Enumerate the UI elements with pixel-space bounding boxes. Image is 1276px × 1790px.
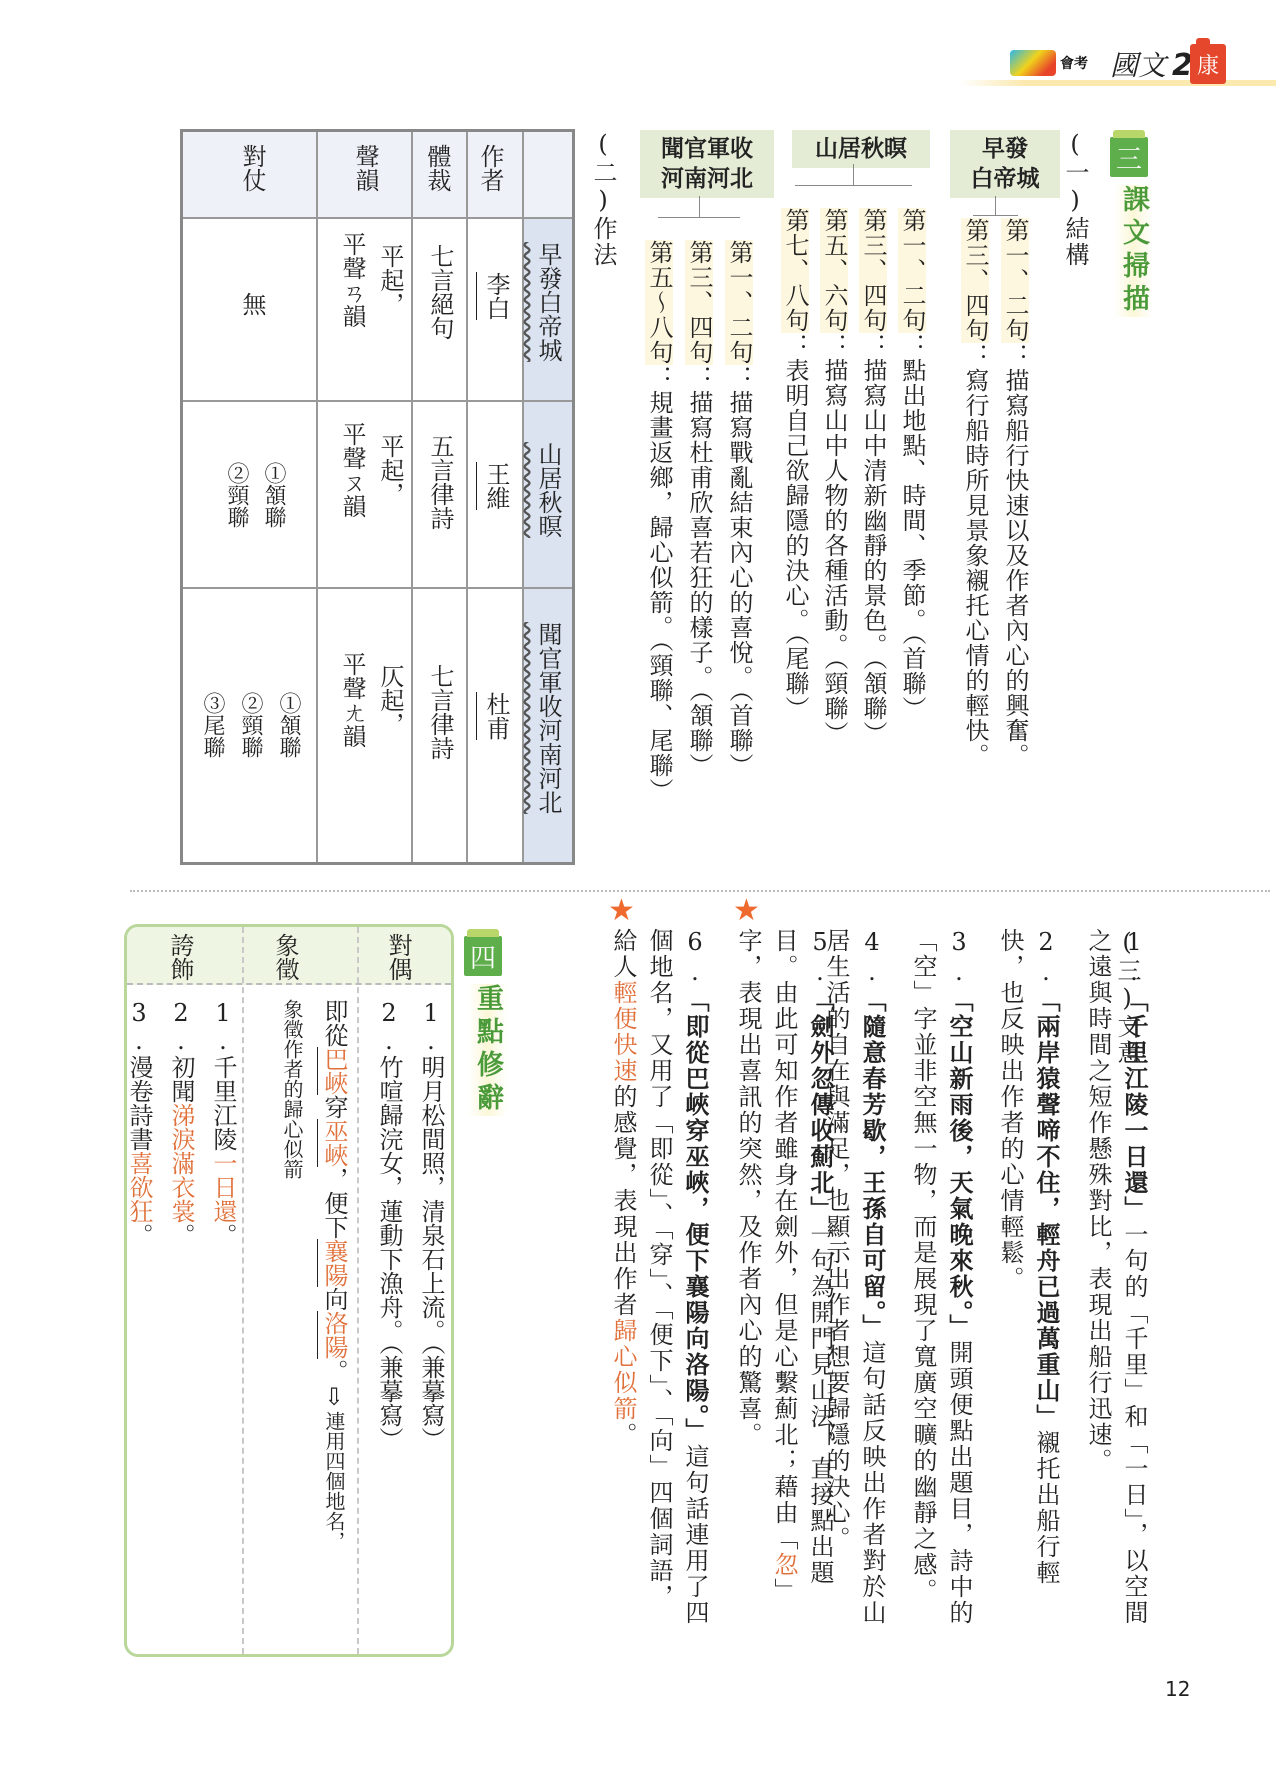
rhyme-start-cell: 平起，: [373, 244, 408, 316]
meaning-item-2: 2.「兩岸猿聲啼不住，輕舟已過萬重山」襯托出船行輕快，也反映出作者的心情輕鬆。: [992, 928, 1064, 1628]
tree-connector: [973, 215, 1018, 216]
line-text: ：描寫山中人物的各種活動。（頸聯）: [820, 333, 848, 746]
parallel-cell: ②頸聯: [221, 462, 252, 528]
header-parallelism: 對仗: [235, 144, 270, 192]
entry-text: 向: [320, 1287, 348, 1311]
structure-line: 第五～八句：規畫返鄉，歸心似箭。（頸聯、尾聯）: [642, 240, 676, 803]
rhyme-start-cell: 平起，: [373, 434, 408, 506]
parallel-cell: 無: [235, 292, 270, 316]
entry-text: 初聞: [167, 1055, 195, 1103]
book-title: 國文2: [1110, 44, 1193, 84]
section-3-badge: 三: [1110, 137, 1148, 177]
tree-connector: [658, 217, 740, 218]
item-number: 5.: [806, 928, 834, 988]
comparison-table: 作者 體裁 聲韻 對仗 早發白帝城 李白 七言絕句 平起， 平聲ㄢ韻 無 山居秋…: [180, 129, 575, 865]
rhetoric-entry: 2.竹喧歸浣女，蓮動下漁舟。（兼摹寫）: [371, 999, 407, 1451]
section-4-header: 四 重點修辭: [464, 936, 507, 1116]
entry-highlight: 喜欲狂: [125, 1151, 153, 1223]
star-icon: ★: [733, 896, 760, 926]
section-3-header: 三 課文掃描: [1110, 137, 1153, 317]
entry-highlight: 涕淚滿衣裳: [167, 1103, 195, 1223]
header-author: 作者: [473, 144, 508, 192]
parallel-cell: ②頸聯: [235, 692, 266, 758]
form-cell: 七言絕句: [423, 244, 458, 340]
line-text: ：描寫杜甫欣喜若狂的樣子。（頷聯）: [685, 365, 713, 778]
entry-number: 2.: [375, 999, 403, 1055]
star-icon: ★: [608, 896, 635, 926]
poem-title-line: 山居秋暝: [800, 134, 922, 164]
poem-title-box-2: 山居秋暝: [792, 130, 930, 168]
item-highlight: 輕便快速: [609, 980, 637, 1084]
section-4-badge: 四: [464, 936, 502, 976]
item-number: 4.: [858, 928, 886, 988]
line-text: ：規畫返鄉，歸心似箭。（頸聯、尾聯）: [645, 365, 673, 803]
publisher-badge: 康: [1190, 44, 1226, 84]
item-text: 。: [609, 1422, 637, 1448]
rhyme-cell: 平聲ㄢ韻: [335, 232, 370, 328]
page-number: 12: [1165, 1677, 1190, 1701]
entry-number: 1.: [209, 999, 237, 1055]
rhetoric-entry: 即從巴峽穿巫峽，便下襄陽向洛陽。⇩連用四個地名，: [316, 999, 352, 1551]
col-divider: [357, 927, 359, 1654]
book-title-text: 國文: [1110, 49, 1166, 82]
rhetoric-entry: 3.漫卷詩書喜欲狂。: [124, 999, 157, 1247]
entry-text: 千里江陵: [209, 1055, 237, 1151]
structure-line: 第一、二句：點出地點、時間、季節。（首聯）: [895, 208, 929, 721]
entry-highlight: 一日還: [209, 1151, 237, 1223]
line-label: 第七、八句: [781, 208, 809, 333]
tree-connector: [795, 185, 912, 186]
rhyme-cell: 平聲ㄤ韻: [335, 652, 370, 748]
section-3-title: 課文掃描: [1114, 185, 1153, 317]
entry-text: 。: [125, 1223, 153, 1247]
item-highlight: 歸心似箭: [609, 1318, 637, 1422]
line-label: 第一、二句: [898, 208, 926, 333]
rhyme-start-cell: 仄起，: [373, 664, 408, 736]
poem-name: 山居秋暝: [531, 442, 566, 538]
poem-title-line: 聞官軍收: [648, 134, 766, 164]
logo-graphic-icon: [1010, 50, 1056, 76]
line-label: 第三、四句: [961, 218, 989, 343]
parallel-cell: ①頷聯: [258, 462, 289, 528]
section-4-title: 重點修辭: [468, 984, 507, 1116]
col-divider: [466, 132, 468, 862]
entry-note: 連用四個地名，: [322, 1411, 346, 1551]
entry-text: 。: [320, 1359, 348, 1383]
rhetoric-entry: 1.千里江陵一日還。: [205, 999, 241, 1247]
poem-title-line: 河南河北: [648, 164, 766, 194]
item-quote: 「兩岸猿聲啼不住，輕舟已過萬重山」: [1032, 988, 1061, 1430]
item-quote: 「劍外忽傳收薊北」: [806, 988, 835, 1222]
line-label: 第五～八句: [645, 240, 673, 365]
line-label: 第五、六句: [820, 208, 848, 333]
entry-text: 穿: [320, 1095, 348, 1119]
rhyme-cell: 平聲ㄡ韻: [335, 422, 370, 518]
series-logo-text: 會考: [1060, 53, 1088, 73]
line-text: ：表明自己欲歸隱的決心。（尾聯）: [781, 333, 809, 721]
structure-line: 第三、四句：描寫山中清新幽靜的景色。（頷聯）: [856, 208, 890, 746]
form-cell: 五言律詩: [423, 434, 458, 530]
form-cell: 七言律詩: [423, 664, 458, 760]
part1-heading: (一)結構: [1058, 130, 1093, 268]
tree-connector: [995, 196, 996, 216]
entry-text: 。: [167, 1223, 195, 1247]
item-number: 2.: [1032, 928, 1060, 988]
entry-text: 竹喧歸浣女，蓮動下漁舟。（兼摹寫）: [375, 1055, 403, 1451]
item-number: 1.: [1120, 928, 1148, 988]
col-divider: [411, 132, 413, 862]
place-name: 襄陽: [317, 1239, 348, 1287]
place-name: 洛陽: [317, 1311, 348, 1359]
line-text: ：描寫山中清新幽靜的景色。（頷聯）: [859, 333, 887, 746]
structure-line: 第一、二句：描寫戰亂結束內心的喜悅。（首聯）: [722, 240, 756, 778]
row-divider: [183, 400, 572, 402]
arrow-down-icon: ⇩: [320, 1383, 348, 1411]
rhetoric-entry-note: 象徵作者的歸心似箭: [274, 999, 310, 1551]
part2-heading: (二)作法: [586, 130, 621, 268]
entry-text: 即從: [320, 999, 348, 1047]
entry-text: ，便下: [320, 1167, 348, 1239]
meaning-item-1: 1.「千里江陵一日還」一句的「千里」和「一日」，以空間之遠與時間之短作懸殊對比，…: [1080, 928, 1152, 1628]
line-label: 第三、四句: [859, 208, 887, 333]
entry-text: 。: [209, 1223, 237, 1247]
rhetoric-table: 對偶 1.明月松間照，清泉石上流。（兼摹寫） 2.竹喧歸浣女，蓮動下漁舟。（兼摹…: [124, 924, 454, 1657]
rhetoric-col-parallelism: 1.明月松間照，清泉石上流。（兼摹寫） 2.竹喧歸浣女，蓮動下漁舟。（兼摹寫）: [367, 999, 449, 1451]
item-number: 6.: [681, 928, 709, 988]
line-text: ：描寫戰亂結束內心的喜悅。（首聯）: [725, 365, 753, 778]
meaning-item-3: 3.「空山新雨後，天氣晚來秋。」開頭便點出題目，詩中的「空」字並非空無一物，而是…: [905, 928, 977, 1628]
rhetoric-header-hyperbole: 誇飾: [167, 933, 193, 981]
item-highlight: 忽: [770, 1552, 798, 1578]
rhetoric-entry: 1.明月松間照，清泉石上流。（兼摹寫）: [413, 999, 449, 1451]
place-name: 巴峽: [317, 1047, 348, 1095]
item-quote: 「空山新雨後，天氣晚來秋。」: [945, 988, 974, 1340]
entry-number: 1.: [417, 999, 445, 1055]
poem-title-line: 白帝城: [958, 164, 1052, 194]
structure-line: 第一、二句：描寫船行快速以及作者內心的興奮。: [998, 218, 1032, 768]
item-number: 3.: [945, 928, 973, 988]
tree-connector: [699, 196, 700, 218]
structure-line: 第七、八句：表明自己欲歸隱的決心。（尾聯）: [778, 208, 812, 721]
line-label: 第三、四句: [685, 240, 713, 365]
item-quote: 「即從巴峽穿巫峽，便下襄陽向洛陽。」: [681, 988, 710, 1444]
rhetoric-header-parallelism: 對偶: [385, 933, 411, 981]
section-divider: [130, 890, 1270, 892]
rhetoric-col-symbolism: 即從巴峽穿巫峽，便下襄陽向洛陽。⇩連用四個地名， 象徵作者的歸心似箭: [252, 999, 352, 1551]
row-divider: [183, 587, 572, 589]
line-label: 第一、二句: [725, 240, 753, 365]
entry-number: 2.: [167, 999, 195, 1055]
line-text: ：描寫船行快速以及作者內心的興奮。: [1001, 343, 1029, 768]
structure-line: 第三、四句：描寫杜甫欣喜若狂的樣子。（頷聯）: [682, 240, 716, 778]
line-text: ：點出地點、時間、季節。（首聯）: [898, 333, 926, 721]
meaning-item-5: 5.「劍外忽傳收薊北」一句為開門見山法，直接點出題目。由此可知作者雖身在劍外，但…: [730, 928, 838, 1628]
parallel-cell: ①頷聯: [273, 692, 304, 758]
author-cell: 王維: [476, 462, 514, 510]
header-rhyme: 聲韻: [348, 144, 383, 192]
poem-name: 聞官軍收河南河北: [531, 622, 566, 814]
entry-text: 漫卷詩書: [125, 1055, 153, 1151]
parallel-cell: ③尾聯: [197, 692, 228, 758]
meaning-item-6: 6.「即從巴峽穿巫峽，便下襄陽向洛陽。」這句話連用了四個地名，又用了「即從」、「…: [605, 928, 713, 1628]
poem-title-box-1: 早發 白帝城: [950, 130, 1060, 198]
poem-name: 早發白帝城: [531, 242, 566, 362]
tree-connector: [853, 164, 854, 186]
line-label: 第一、二句: [1001, 218, 1029, 343]
rhetoric-entry: 2.初聞涕淚滿衣裳。: [163, 999, 199, 1247]
col-divider: [316, 132, 318, 862]
author-cell: 杜甫: [476, 692, 514, 740]
entry-text: 明月松間照，清泉石上流。（兼摹寫）: [417, 1055, 445, 1451]
col-divider: [242, 927, 244, 1654]
item-quote: 「隨意春芳歇，王孫自可留。」: [858, 988, 887, 1340]
place-name: 巫峽: [317, 1119, 348, 1167]
line-text: ：寫行船時所見景象襯托心情的輕快。: [961, 343, 989, 768]
structure-line: 第三、四句：寫行船時所見景象襯托心情的輕快。: [958, 218, 992, 768]
structure-line: 第五、六句：描寫山中人物的各種活動。（頸聯）: [817, 208, 851, 746]
entry-number: 3.: [125, 999, 153, 1055]
rhetoric-col-hyperbole: 1.千里江陵一日還。 2.初聞涕淚滿衣裳。 3.漫卷詩書喜欲狂。: [133, 999, 241, 1247]
item-text: 的感覺，表現出作者: [609, 1084, 637, 1318]
rhetoric-header-symbolism: 象徵: [272, 933, 298, 981]
header-form: 體裁: [420, 144, 455, 192]
series-logo: 會考: [1010, 48, 1095, 78]
author-cell: 李白: [476, 272, 514, 320]
poem-title-line: 早發: [958, 134, 1052, 164]
item-quote: 「千里江陵一日還」: [1120, 988, 1149, 1222]
poem-title-box-3: 聞官軍收 河南河北: [640, 130, 774, 198]
